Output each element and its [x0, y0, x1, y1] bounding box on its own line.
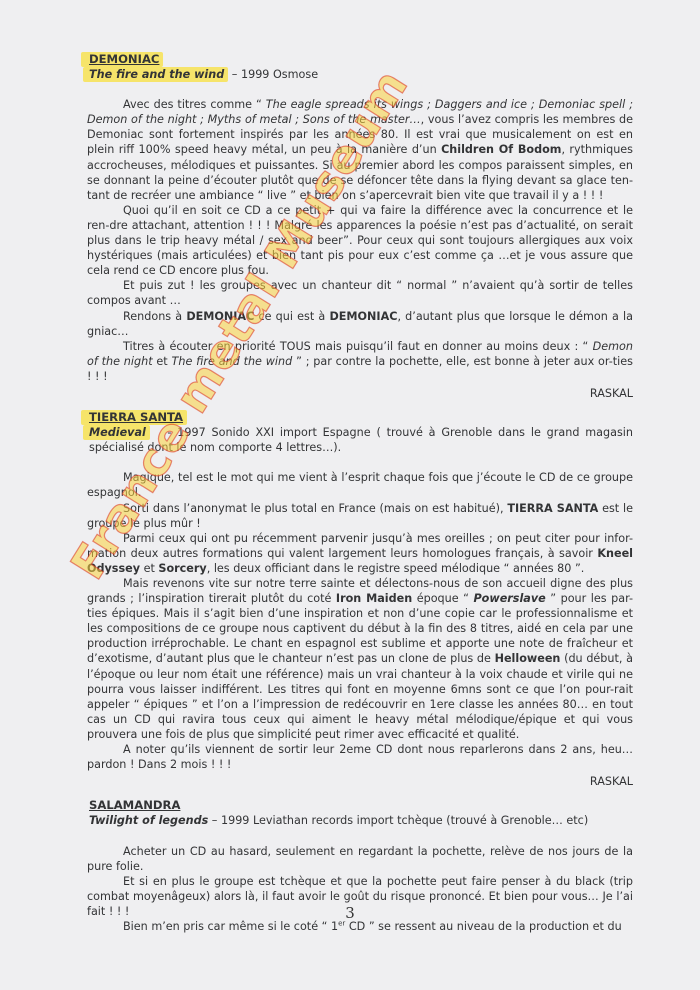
review-body: Avec des titres comme “ The eagle spread…: [87, 97, 633, 384]
page-number: 3: [0, 904, 700, 922]
review-paragraph: A noter qu’ils viennent de sortir leur 2…: [87, 742, 633, 772]
review-paragraph: Quoi qu’il en soit ce CD a ce petit + qu…: [87, 203, 633, 278]
emphasis-text: Children Of Bodom: [441, 143, 561, 156]
author-signature: RASKAL: [87, 386, 633, 401]
band-name: SALAMANDRA: [89, 798, 180, 813]
emphasis-text: Sorcery: [158, 562, 206, 575]
review-paragraph: Rendons à DEMONIAC ce qui est à DEMONIAC…: [87, 309, 633, 339]
magazine-page: DEMONIAC The fire and the wind – 1999 Os…: [87, 52, 633, 934]
review-paragraph: Magique, tel est le mot qui me vient à l…: [87, 470, 633, 500]
emphasis-text: TIERRA SANTA: [507, 502, 598, 515]
release-info: - 1997 Sonido XXI import Espagne ( trouv…: [89, 426, 637, 454]
review-tierra-santa: TIERRA SANTA Medieval - 1997 Sonido XXI …: [87, 410, 633, 789]
emphasis-text: Powerslave: [473, 592, 545, 605]
release-info: – 1999 Leviathan records import tchèque …: [208, 814, 588, 827]
album-title: The fire and the wind: [89, 68, 224, 81]
review-paragraph: Parmi ceux qui ont pu récemment parvenir…: [87, 531, 633, 576]
italic-text: The fire and the wind: [172, 355, 293, 368]
review-paragraph: Mais revenons vite sur notre terre saint…: [87, 576, 633, 742]
emphasis-text: DEMONIAC: [329, 310, 397, 323]
emphasis-text: Helloween: [495, 652, 561, 665]
highlight-marker: TIERRA SANTA: [81, 410, 187, 425]
review-paragraph: Avec des titres comme “ The eagle spread…: [87, 97, 633, 203]
review-demoniac: DEMONIAC The fire and the wind – 1999 Os…: [87, 52, 633, 401]
album-title: Twilight of legends: [89, 814, 208, 827]
review-body: Magique, tel est le mot qui me vient à l…: [87, 470, 633, 772]
emphasis-text: DEMONIAC: [186, 310, 254, 323]
review-paragraph: Et puis zut ! les groupes avec un chante…: [87, 278, 633, 308]
band-name: TIERRA SANTA: [89, 410, 183, 425]
emphasis-text: Iron Maiden: [336, 592, 412, 605]
release-info: – 1999 Osmose: [228, 68, 318, 81]
author-signature: RASKAL: [87, 774, 633, 789]
review-paragraph: Sorti dans l’anonymat le plus total en F…: [87, 501, 633, 531]
album-line: The fire and the wind – 1999 Osmose: [89, 67, 633, 82]
band-name: DEMONIAC: [89, 52, 159, 67]
album-line: Twilight of legends – 1999 Leviathan rec…: [89, 813, 633, 828]
review-paragraph: Acheter un CD au hasard, seulement en re…: [87, 844, 633, 874]
album-title: Medieval: [89, 426, 146, 439]
highlight-marker: DEMONIAC: [81, 52, 163, 67]
album-line: Medieval - 1997 Sonido XXI import Espagn…: [89, 425, 633, 455]
review-paragraph: Titres à écouter en priorité TOUS mais p…: [87, 339, 633, 384]
